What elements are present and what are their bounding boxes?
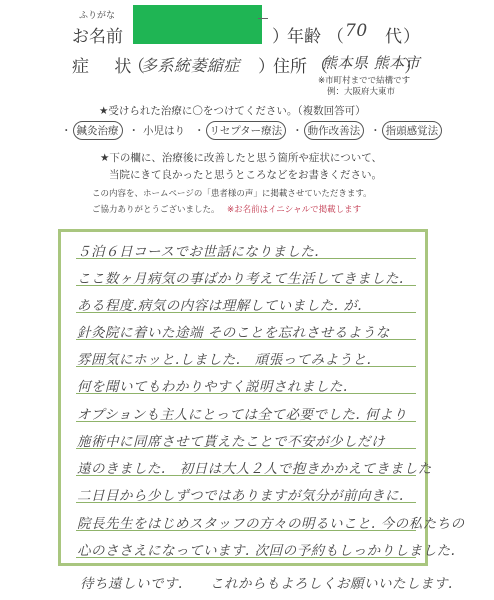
treatment-option-fingertip: ・ 指頭感覚法 — [370, 121, 442, 140]
publish-notice: この内容を、ホームページの「患者様の声」に掲載させていただきます。 — [92, 187, 372, 199]
treatment-instruction: ★受けられた治療に〇をつけてください。（複数回答可） — [99, 103, 366, 118]
bullet: ・ — [129, 123, 140, 138]
closing-line-end: これからもよろしくお願いいたします. — [210, 572, 453, 592]
age-unit: 代 — [385, 22, 402, 47]
furigana-label: ふりがな — [79, 8, 115, 21]
handwritten-line: ある程度.病気の内容は理解していました. が. — [77, 294, 362, 314]
name-redaction — [133, 5, 262, 44]
handwritten-line: 二日目から少しずつではありますが気分が前向きに. — [77, 484, 404, 504]
feedback-instruction-2: 当院にきて良かったと思うところなどをお書きください。 — [109, 167, 382, 182]
treatment-label: 指頭感覚法 — [382, 121, 443, 140]
bullet: ・ — [194, 123, 205, 138]
handwritten-line: 針灸院に着いた途端 そのことを忘れさせるような — [77, 321, 390, 341]
age-paren-close: ） — [403, 22, 420, 47]
treatment-option-pediatric: ・ 小児はり — [129, 122, 189, 139]
address-label: 住所 — [273, 52, 307, 77]
handwritten-line: オプションも主人にとっては全て必要でした. 何より — [77, 403, 407, 423]
closing-line-start: 待ち遠しいです. — [80, 572, 183, 592]
age-paren-open: （ — [327, 22, 344, 47]
treatment-label: 鍼灸治療 — [73, 121, 123, 140]
bullet: ・ — [61, 123, 72, 138]
treatment-option-motion: ・ 動作改善法 — [292, 121, 364, 140]
name-underline — [258, 18, 268, 19]
bullet: ・ — [292, 123, 303, 138]
handwritten-line: ここ数ヶ月病気の事ばかり考えて生活してきました. — [77, 267, 404, 287]
handwritten-line: 院長先生をはじめスタッフの方々の明るいこと. 今の私たちの — [77, 512, 465, 532]
age-label: 年齢 — [287, 22, 321, 47]
handwritten-line: 遠のきました. 初日は大人２人で抱きかかえてきました — [77, 457, 432, 477]
symptom-value: 多系統萎縮症 — [141, 53, 240, 76]
address-example: 例：大阪府大東市 — [327, 85, 395, 97]
handwritten-line: 施術中に同席させて貰えたことで不安が少しだけ — [77, 430, 385, 450]
treatment-label: 動作改善法 — [304, 121, 365, 140]
handwritten-line: 心のささえになっています. 次回の予約もしっかりしました. — [77, 539, 455, 559]
handwritten-line: ５泊６日コースでお世話になりました. — [77, 240, 319, 260]
thanks-notice: ご協力ありがとうございました。 — [92, 203, 220, 215]
handwritten-line: 雰囲気にホッと.しました. 頑張ってみようと. — [77, 348, 371, 368]
treatment-option-acupuncture: ・ 鍼灸治療 — [61, 121, 123, 140]
treatment-option-receptor: ・ リセプター療法 — [194, 121, 286, 140]
age-value: 70 — [345, 21, 368, 41]
treatment-label: 小児はり — [140, 122, 188, 139]
name-label: お名前 — [72, 22, 123, 47]
initials-notice: ※お名前はイニシャルで掲載します — [227, 203, 361, 215]
bullet: ・ — [370, 123, 381, 138]
treatment-label: リセプター療法 — [206, 121, 287, 140]
handwritten-line: 何を聞いてもわかりやすく説明されました. — [77, 375, 348, 395]
treatment-options: ・ 鍼灸治療 ・ 小児はり ・ リセプター療法 ・ 動作改善法 ・ 指頭感覚法 — [61, 121, 448, 140]
feedback-instruction-1: ★下の欄に、治療後に改善したと思う箇所や症状について、 — [100, 150, 382, 165]
